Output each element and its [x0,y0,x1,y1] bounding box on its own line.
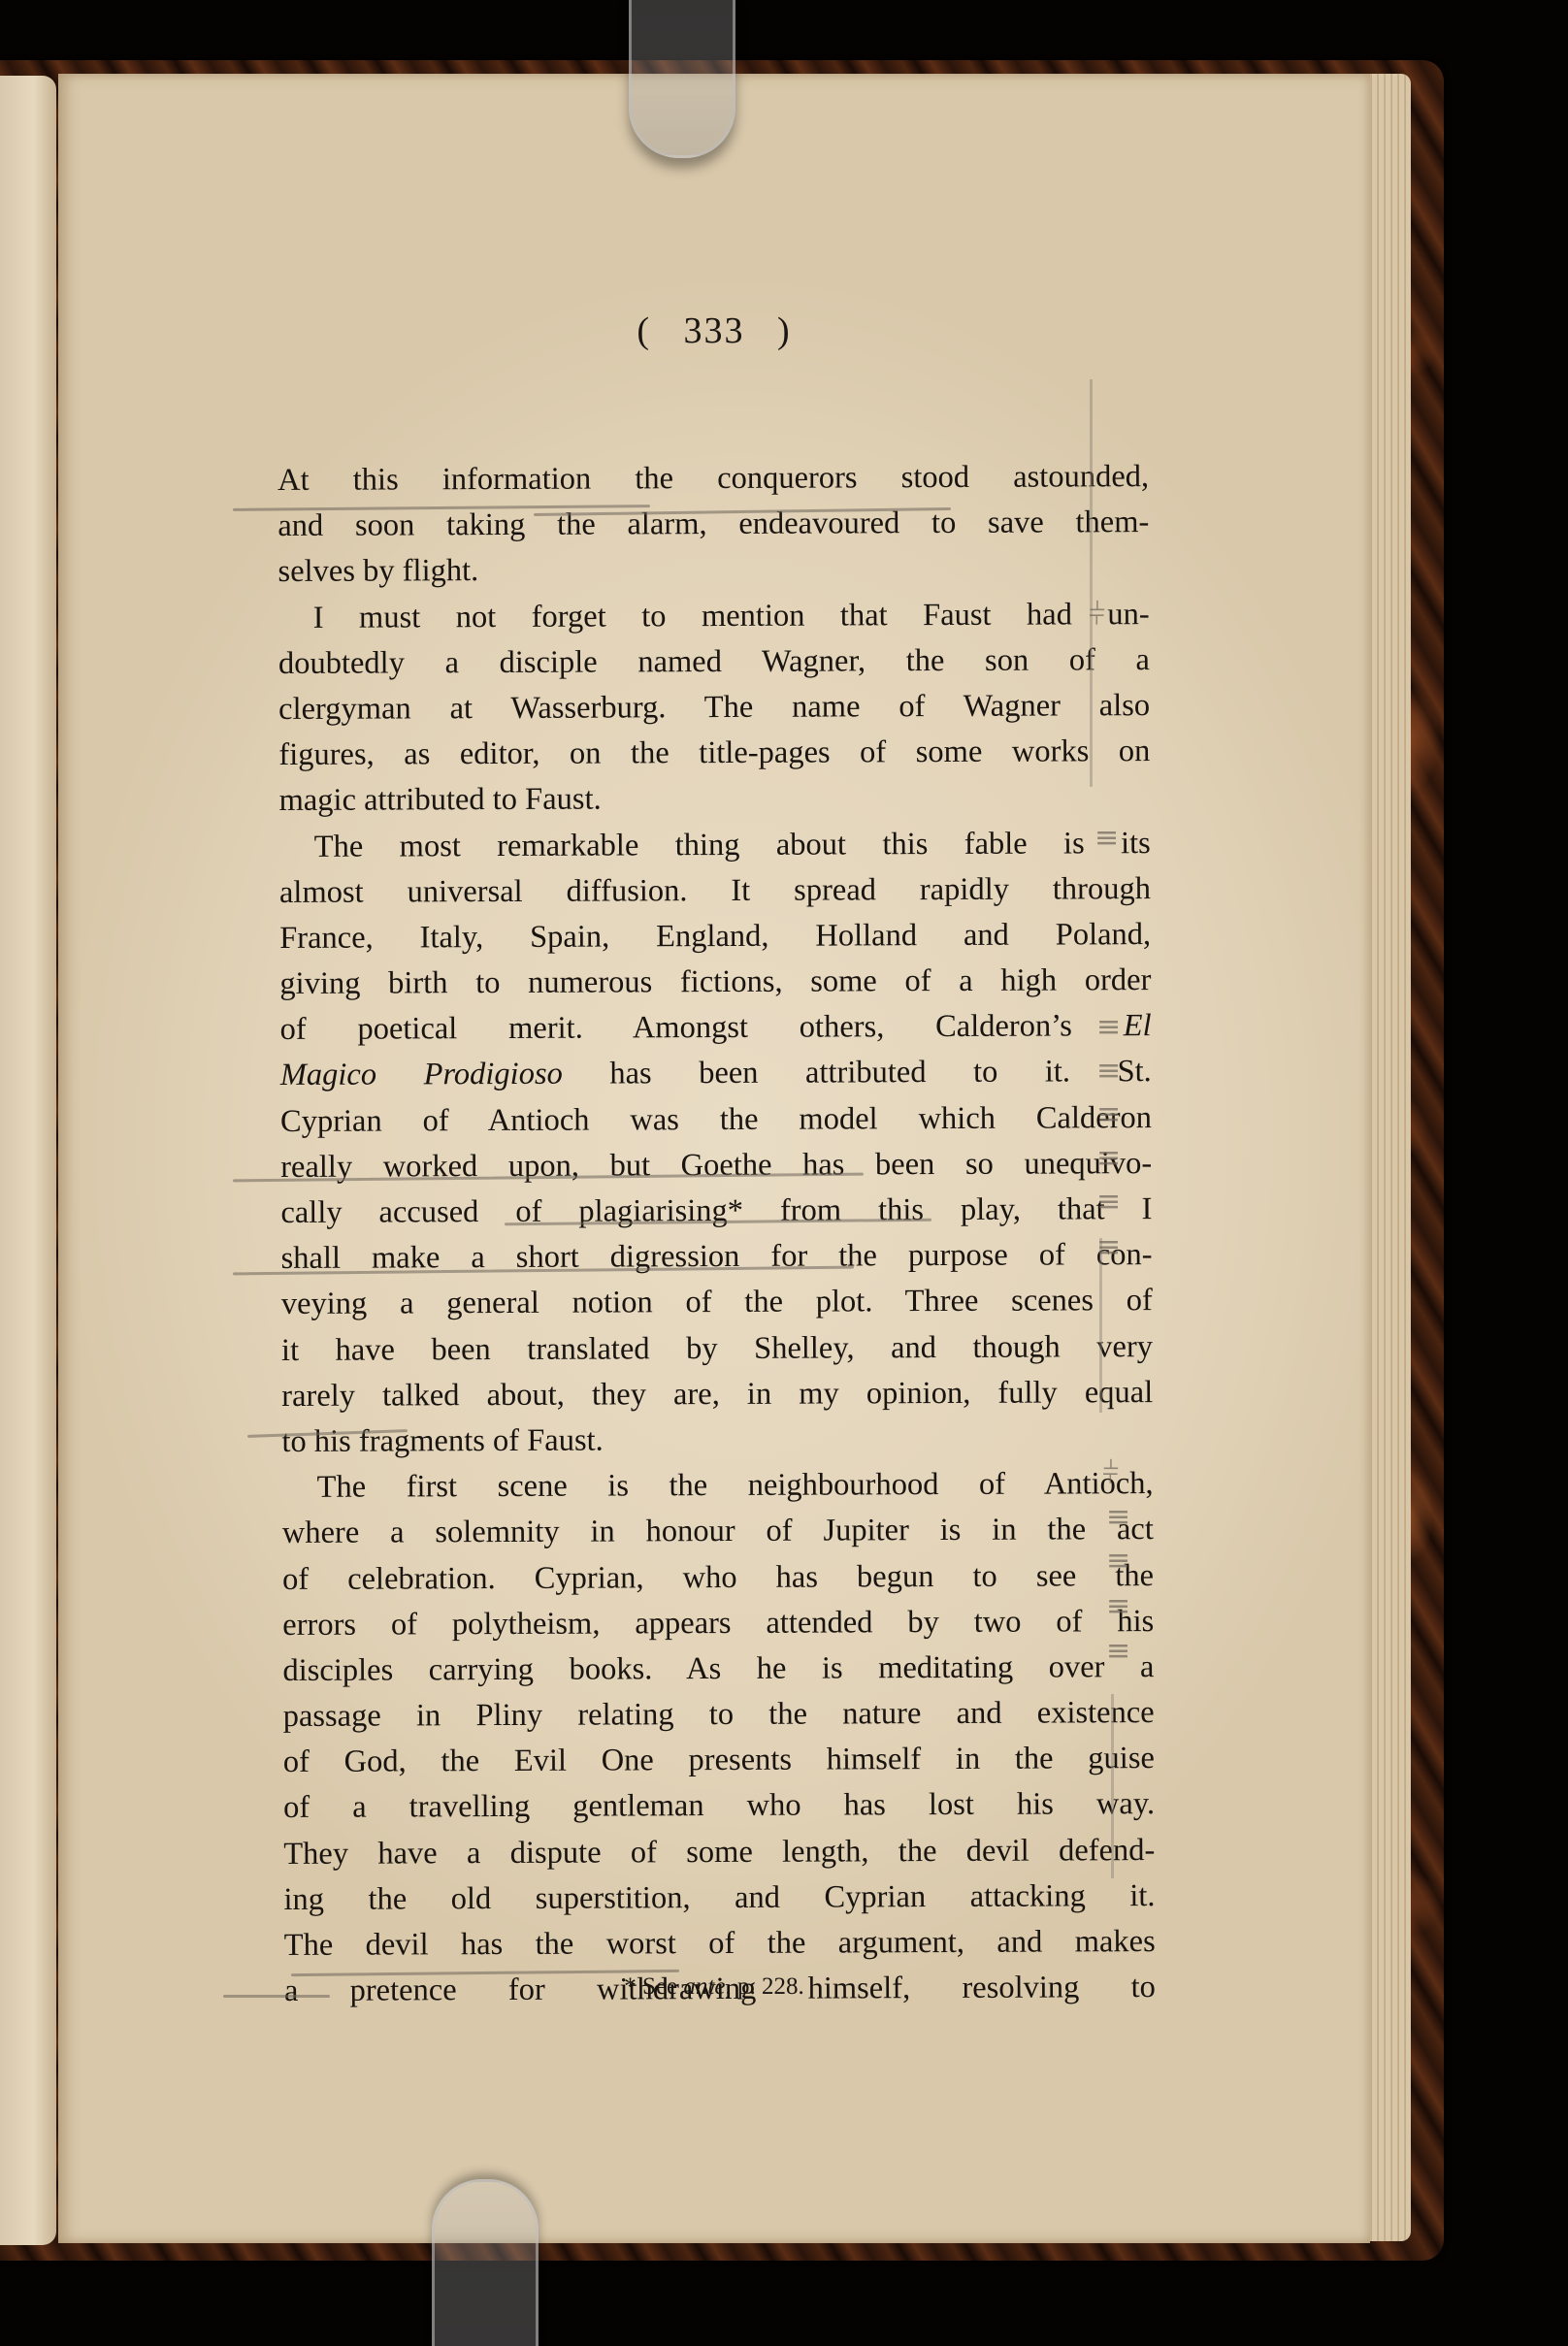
text-line: Cyprian of Antioch was the model which C… [280,1095,1152,1145]
text-line: The devil has the worst of the argument,… [284,1919,1156,1969]
text-line: magic attributed to Faust. [278,774,1150,824]
text-line: selves by flight. [278,545,1149,595]
margin-pencil-mark: ≡ [1106,1500,1130,1534]
text-line: clergyman at Wasserburg. The name of Wag… [278,683,1150,733]
text-line: They have a dispute of some length, the … [283,1828,1155,1877]
text-line: The most remarkable thing about this fab… [279,821,1151,870]
text-line: errors of polytheism, appears attended b… [282,1599,1154,1648]
text-line: doubtedly a disciple named Wagner, the s… [278,637,1150,687]
left-page-edge [0,76,56,2245]
margin-pencil-rule [1090,379,1093,787]
book-page: ( 333 ) At this information the conquero… [58,74,1370,2243]
text-line: Magico Prodigioso has been attributed to… [280,1050,1152,1099]
text-line: cally accused of plagiarising* from this… [280,1187,1152,1236]
text-line: giving birth to numerous fictions, some … [279,958,1151,1007]
page-number: ( 333 ) [58,310,1370,352]
text-line: of God, the Evil One presents himself in… [283,1736,1155,1785]
text-line: veying a general notion of the plot. Thr… [281,1278,1153,1327]
text-line: it have been translated by Shelley, and … [281,1324,1153,1374]
text-line: The first scene is the neighbourhood of … [282,1461,1154,1511]
text-line: of poetical merit. Amongst others, Calde… [279,1003,1151,1053]
page-clip-top [629,0,735,158]
footnote-marker: * See [624,1973,677,2000]
text-line: of celebration. Cyprian, who has begun t… [282,1553,1154,1603]
margin-pencil-mark: ≡ [1096,1230,1121,1264]
margin-pencil-mark: ≡ [1096,1185,1121,1219]
text-line: where a solemnity in honour of Jupiter i… [282,1507,1154,1556]
footnote-italic: ante, [683,1973,731,2000]
margin-pencil-mark: ≡ [1094,821,1119,855]
text-line: rarely talked about, they are, in my opi… [281,1370,1153,1419]
text-line: passage in Pliny relating to the nature … [283,1690,1155,1740]
text-line: ing the old superstition, and Cyprian at… [283,1874,1155,1923]
text-line: of a travelling gentleman who has lost h… [283,1782,1155,1832]
italic-title: El [1124,1008,1152,1043]
text-line: shall make a short digression for the pu… [281,1232,1153,1282]
margin-pencil-mark: ≡ [1096,1054,1121,1088]
body-text: At this information the conquerors stood… [278,454,1156,2014]
margin-pencil-mark: ≡ [1106,1634,1130,1668]
margin-pencil-rule [1099,1238,1102,1413]
italic-title: Magico Prodigioso [280,1057,610,1092]
margin-pencil-mark: ≡ [1106,1544,1130,1578]
text-line: to his fragments of Faust. [281,1416,1153,1465]
pencil-underline [223,1995,330,1998]
margin-pencil-mark: ⫩ [1089,598,1105,632]
text-line: almost universal diffusion. It spread ra… [279,866,1151,916]
margin-pencil-mark: ≡ [1096,1097,1121,1131]
margin-pencil-mark: ≡ [1096,1141,1121,1175]
margin-pencil-mark: ≡ [1106,1589,1130,1623]
margin-pencil-mark: ⫩ [1102,1456,1119,1490]
page-clip-bottom [432,2179,539,2346]
margin-pencil-mark: ≡ [1096,1010,1121,1044]
text-line: France, Italy, Spain, England, Holland a… [279,912,1151,961]
margin-pencil-rule [1111,1694,1114,1878]
text-line: disciples carrying books. As he is medit… [282,1645,1154,1694]
text-line: really worked upon, but Goethe has been … [280,1141,1152,1190]
text-line: figures, as editor, on the title-pages o… [278,729,1150,778]
text-line: At this information the conquerors stood… [278,454,1149,504]
footnote-tail: p. 228. [737,1973,804,2000]
text-line: I must not forget to mention that Faust … [278,592,1150,641]
